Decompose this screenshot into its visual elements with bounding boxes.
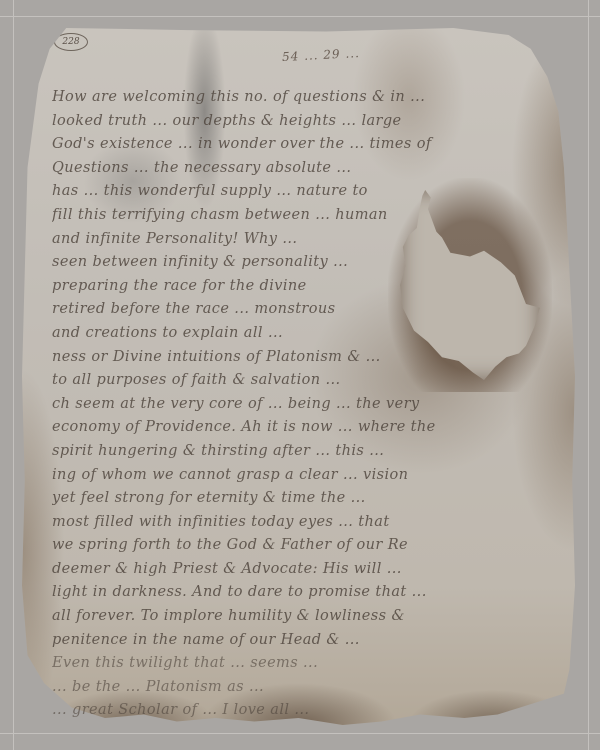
mat-guide-bottom <box>0 733 600 734</box>
text-line: How are welcoming this no. of questions … <box>52 86 572 110</box>
text-line: yet feel strong for eternity & time the … <box>52 487 572 511</box>
text-line: God's existence ... in wonder over the .… <box>52 133 572 157</box>
text-line: ... be the ... Platonism as ... <box>52 676 572 700</box>
text-line: economy of Providence. Ah it is now ... … <box>52 416 572 440</box>
text-line: Questions ... the necessary absolute ... <box>52 157 572 181</box>
text-line: ch seem at the very core of ... being ..… <box>52 393 572 417</box>
text-line: deemer & high Priest & Advocate: His wil… <box>52 558 572 582</box>
text-line: light in darkness. And to dare to promis… <box>52 581 572 605</box>
text-line: Even this twilight that ... seems ... <box>52 652 572 676</box>
text-line: looked truth ... our depths & heights ..… <box>52 110 572 134</box>
text-line: spirit hungering & thirsting after ... t… <box>52 440 572 464</box>
text-line: all forever. To implore humility & lowli… <box>52 605 572 629</box>
mat-guide-left <box>13 0 14 750</box>
text-line: ing of whom we cannot grasp a clear ... … <box>52 464 572 488</box>
text-line: we spring forth to the God & Father of o… <box>52 534 572 558</box>
text-line: penitence in the name of our Head & ... <box>52 629 572 653</box>
text-line: most filled with infinities today eyes .… <box>52 511 572 535</box>
text-line: ... great Scholar of ... I love all ... <box>52 699 572 723</box>
mat-guide-top <box>0 16 600 17</box>
mat-guide-right <box>588 0 589 750</box>
page-number-stamp: 228 <box>54 33 88 51</box>
